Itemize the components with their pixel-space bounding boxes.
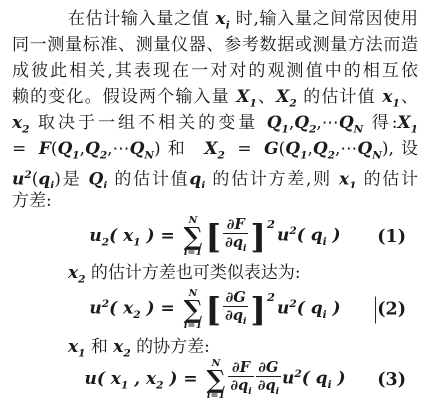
- fraction-numerator: ∂F: [225, 217, 247, 233]
- fraction-denominator: ∂qi: [223, 306, 248, 330]
- sum-lower-limit: i=1: [184, 248, 202, 258]
- summation-symbol: N ∑ i=1: [184, 289, 203, 331]
- equation-1-lhs: u2( x1 ) =: [89, 226, 180, 248]
- fraction-dF-dqi: ∂F ∂qi: [228, 360, 253, 400]
- fraction-denominator: ∂qi: [228, 376, 253, 400]
- summation-symbol: N ∑ i=1: [207, 359, 226, 400]
- fraction-numerator: ∂G: [256, 360, 280, 376]
- paragraph-line-7: u2(qi)是 Qi 的估计值qi 的估计方差,则 x1 的估计: [12, 162, 418, 188]
- left-bracket: [: [205, 222, 221, 252]
- equation-3-number: (3): [377, 370, 406, 390]
- sum-lower-limit: i=1: [207, 391, 225, 400]
- paragraph-line-8: 方差:: [12, 188, 418, 214]
- sum-lower-limit: i=1: [184, 321, 202, 331]
- equation-2: u2( x2 ) = N ∑ i=1 [ ∂G ∂qi ] 2 u2( qi )…: [12, 286, 418, 334]
- equation-3-lhs: u( x1 , x2 ) =: [84, 369, 203, 391]
- summation-symbol: N ∑ i=1: [184, 216, 203, 258]
- interline-1: x2 的估计方差也可类似表达为:: [12, 260, 418, 286]
- fraction-dG-dqi: ∂G ∂qi: [256, 360, 281, 400]
- paragraph-line-5: x2 取决于一组不相关的变量 Q1,Q2,⋯QN 得:X1: [12, 110, 418, 136]
- equation-3-body: u( x1 , x2 ) = N ∑ i=1 ∂F ∂qi ∂G ∂qi u2(…: [84, 359, 345, 400]
- sigma-glyph: ∑: [184, 226, 203, 248]
- fraction-denominator: ∂qi: [223, 233, 248, 257]
- right-bracket: ]: [250, 222, 266, 252]
- left-bracket: [: [205, 295, 221, 325]
- equation-1-number: (1): [377, 227, 406, 247]
- paragraph-line-2: 同一测量标准、测量仪器、参考数据或测量方法而造: [12, 32, 418, 58]
- right-bracket: ]: [250, 295, 266, 325]
- paragraph-line-3: 成彼此相关,其表现在一对对的观测值中的相互依: [12, 58, 418, 84]
- fraction-numerator: ∂F: [230, 360, 252, 376]
- bracket-exponent: 2: [267, 217, 275, 231]
- interline-2: x1 和 x2 的协方差:: [12, 334, 418, 360]
- equation-1-tail: u2( qi ): [277, 225, 341, 248]
- fraction-denominator: ∂qi: [256, 376, 281, 400]
- stray-scan-mark: [375, 297, 377, 324]
- equation-2-lhs: u2( x2 ) =: [89, 298, 180, 321]
- equation-3: u( x1 , x2 ) = N ∑ i=1 ∂F ∂qi ∂G ∂qi u2(…: [12, 360, 418, 400]
- equation-2-body: u2( x2 ) = N ∑ i=1 [ ∂G ∂qi ] 2 u2( qi ): [89, 289, 340, 331]
- equation-2-number: (2): [375, 297, 406, 324]
- equation-1-body: u2( x1 ) = N ∑ i=1 [ ∂F ∂qi ] 2 u2( qi ): [89, 216, 340, 258]
- fraction-numerator: ∂G: [224, 290, 248, 306]
- paragraph-line-6: = F(Q1,Q2,⋯QN)和 X2 = G(Q1,Q2,⋯QN),设: [12, 136, 418, 162]
- paragraph-line-1: 在估计输入量之值 xi 时,输入量之间常因使用: [12, 6, 418, 32]
- document-page: 在估计输入量之值 xi 时,输入量之间常因使用 同一测量标准、测量仪器、参考数据…: [0, 0, 428, 400]
- equation-2-tail: u2( qi ): [277, 298, 341, 321]
- equation-2-number-text: (2): [377, 300, 406, 320]
- paragraph-line-4: 赖的变化。假设两个输入量 X1、X2 的估计值 x1、: [12, 84, 418, 110]
- sigma-glyph: ∑: [207, 369, 226, 391]
- sigma-glyph: ∑: [184, 299, 203, 321]
- fraction-dG-dqi: ∂G ∂qi: [223, 290, 248, 330]
- equation-3-tail: u2( qi ): [282, 368, 346, 391]
- fraction-dF-dqi: ∂F ∂qi: [223, 217, 248, 257]
- equation-1: u2( x1 ) = N ∑ i=1 [ ∂F ∂qi ] 2 u2( qi )…: [12, 214, 418, 260]
- bracket-exponent: 2: [267, 290, 275, 304]
